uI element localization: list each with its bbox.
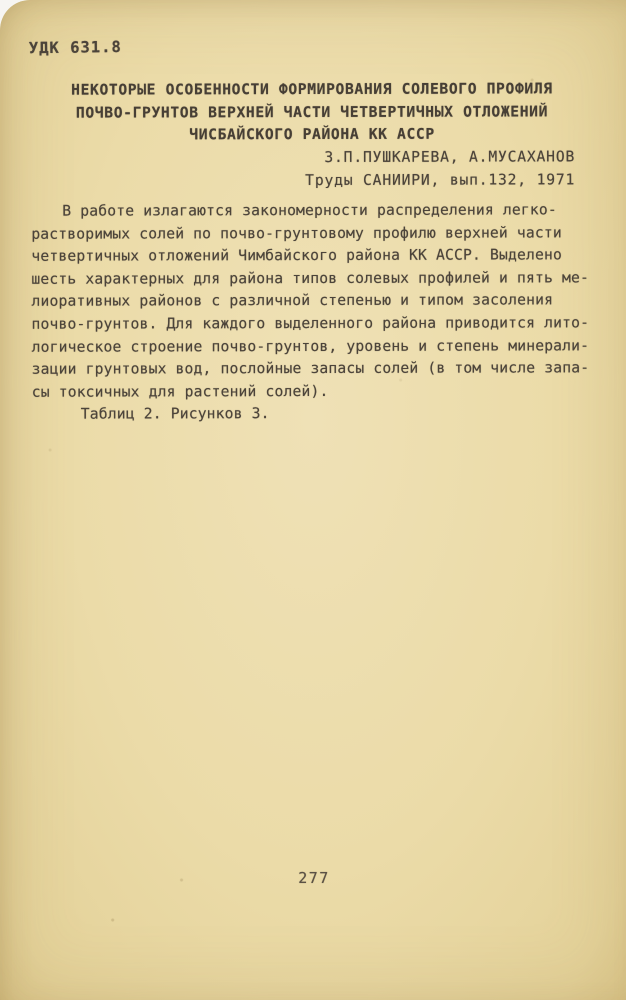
page-number: 277 (1, 868, 626, 888)
abstract-line: почво-грунтов. Для каждого выделенного р… (32, 312, 598, 336)
tables-figures-note: Таблиц 2. Рисунков 3. (32, 403, 598, 427)
abstract-line: зации грунтовых вод, послойные запасы со… (32, 357, 598, 381)
abstract-line: В работе излагаются закономерности распр… (31, 199, 597, 223)
page-content: УДК 631.8 НЕКОТОРЫЕ ОСОБЕННОСТИ ФОРМИРОВ… (0, 0, 626, 1000)
abstract-line: растворимых солей по почво-грунтовому пр… (31, 222, 597, 246)
document-title: НЕКОТОРЫЕ ОСОБЕННОСТИ ФОРМИРОВАНИЯ СОЛЕВ… (0, 78, 625, 147)
abstract-line: шесть характерных для района типов солев… (31, 267, 597, 291)
title-line-1: НЕКОТОРЫЕ ОСОБЕННОСТИ ФОРМИРОВАНИЯ СОЛЕВ… (0, 78, 625, 102)
scanned-document-page: УДК 631.8 НЕКОТОРЫЕ ОСОБЕННОСТИ ФОРМИРОВ… (0, 0, 626, 1000)
authors: З.П.ПУШКАРЕВА, А.МУСАХАНОВ (305, 146, 575, 169)
abstract-line: логическое строение почво-грунтов, урове… (32, 335, 598, 359)
byline: З.П.ПУШКАРЕВА, А.МУСАХАНОВ Труды САНИИРИ… (305, 146, 575, 192)
abstract-text: В работе излагаются закономерности распр… (31, 199, 598, 426)
title-line-2: ПОЧВО-ГРУНТОВ ВЕРХНЕЙ ЧАСТИ ЧЕТВЕРТИЧНЫХ… (0, 101, 625, 125)
udc-classification: УДК 631.8 (29, 38, 122, 57)
title-line-3: ЧИСБАЙСКОГО РАЙОНА КК АССР (0, 123, 625, 147)
publication-source: Труды САНИИРИ, вып.132, 1971 (305, 169, 575, 192)
abstract-line: лиоративных районов с различной степенью… (31, 290, 597, 314)
abstract-line: сы токсичных для растений солей). (32, 380, 598, 404)
abstract-line: четвертичных отложений Чимбайского район… (31, 244, 597, 268)
